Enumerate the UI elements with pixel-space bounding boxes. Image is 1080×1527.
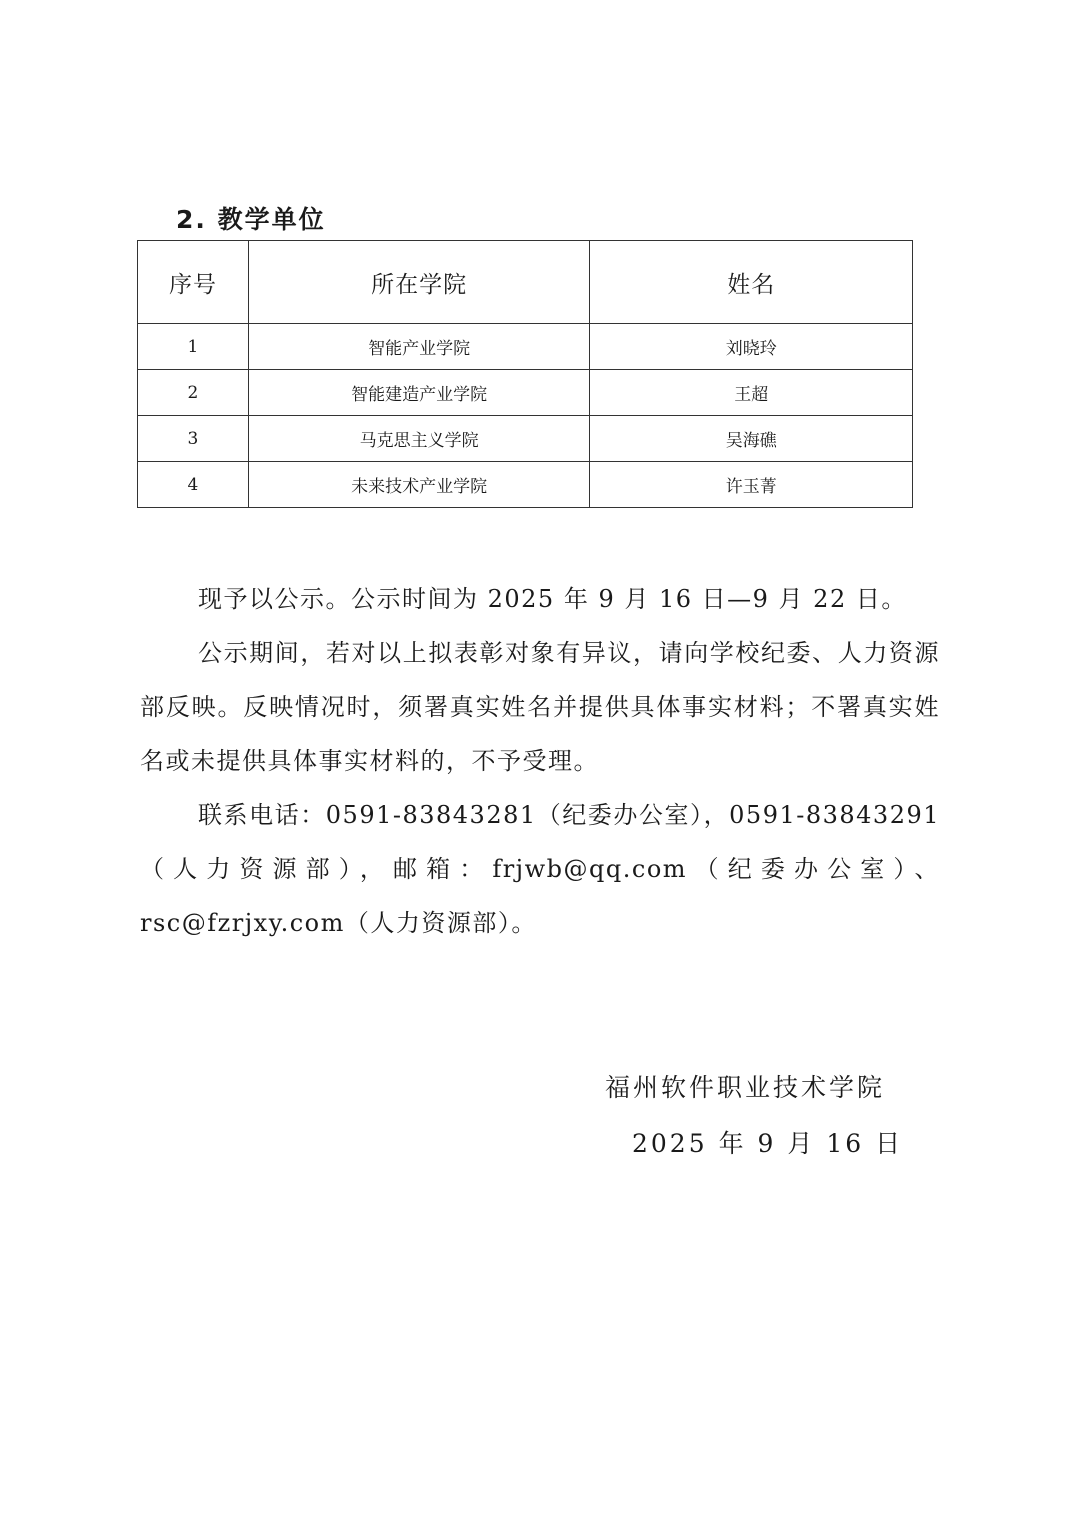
table-row: 3 马克思主义学院 吴海礁: [138, 416, 913, 462]
cell-name: 许玉菁: [590, 462, 913, 508]
cell-name: 王超: [590, 370, 913, 416]
teaching-units-table: 序号 所在学院 姓名 1 智能产业学院 刘晓玲 2 智能建造产业学院 王超 3 …: [137, 240, 913, 508]
cell-number: 1: [138, 324, 249, 370]
table-row: 4 未来技术产业学院 许玉菁: [138, 462, 913, 508]
table-row: 1 智能产业学院 刘晓玲: [138, 324, 913, 370]
signature-date: 2025 年 9 月 16 日: [632, 1124, 903, 1160]
column-header-number: 序号: [138, 241, 249, 324]
contact-paragraph: 联系电话：0591-83843281（纪委办公室），0591-83843291（…: [140, 788, 940, 950]
cell-number: 4: [138, 462, 249, 508]
signature-organization: 福州软件职业技术学院: [605, 1068, 885, 1104]
announcement-period-paragraph: 现予以公示。公示时间为 2025 年 9 月 16 日—9 月 22 日。: [140, 572, 940, 626]
section-title: 2. 教学单位: [176, 200, 326, 236]
table-header-row: 序号 所在学院 姓名: [138, 241, 913, 324]
column-header-name: 姓名: [590, 241, 913, 324]
cell-number: 3: [138, 416, 249, 462]
cell-name: 刘晓玲: [590, 324, 913, 370]
cell-number: 2: [138, 370, 249, 416]
cell-college: 智能产业学院: [248, 324, 590, 370]
column-header-college: 所在学院: [248, 241, 590, 324]
cell-name: 吴海礁: [590, 416, 913, 462]
cell-college: 未来技术产业学院: [248, 462, 590, 508]
table-row: 2 智能建造产业学院 王超: [138, 370, 913, 416]
objection-paragraph: 公示期间，若对以上拟表彰对象有异议，请向学校纪委、人力资源部反映。反映情况时，须…: [140, 626, 940, 788]
cell-college: 智能建造产业学院: [248, 370, 590, 416]
cell-college: 马克思主义学院: [248, 416, 590, 462]
